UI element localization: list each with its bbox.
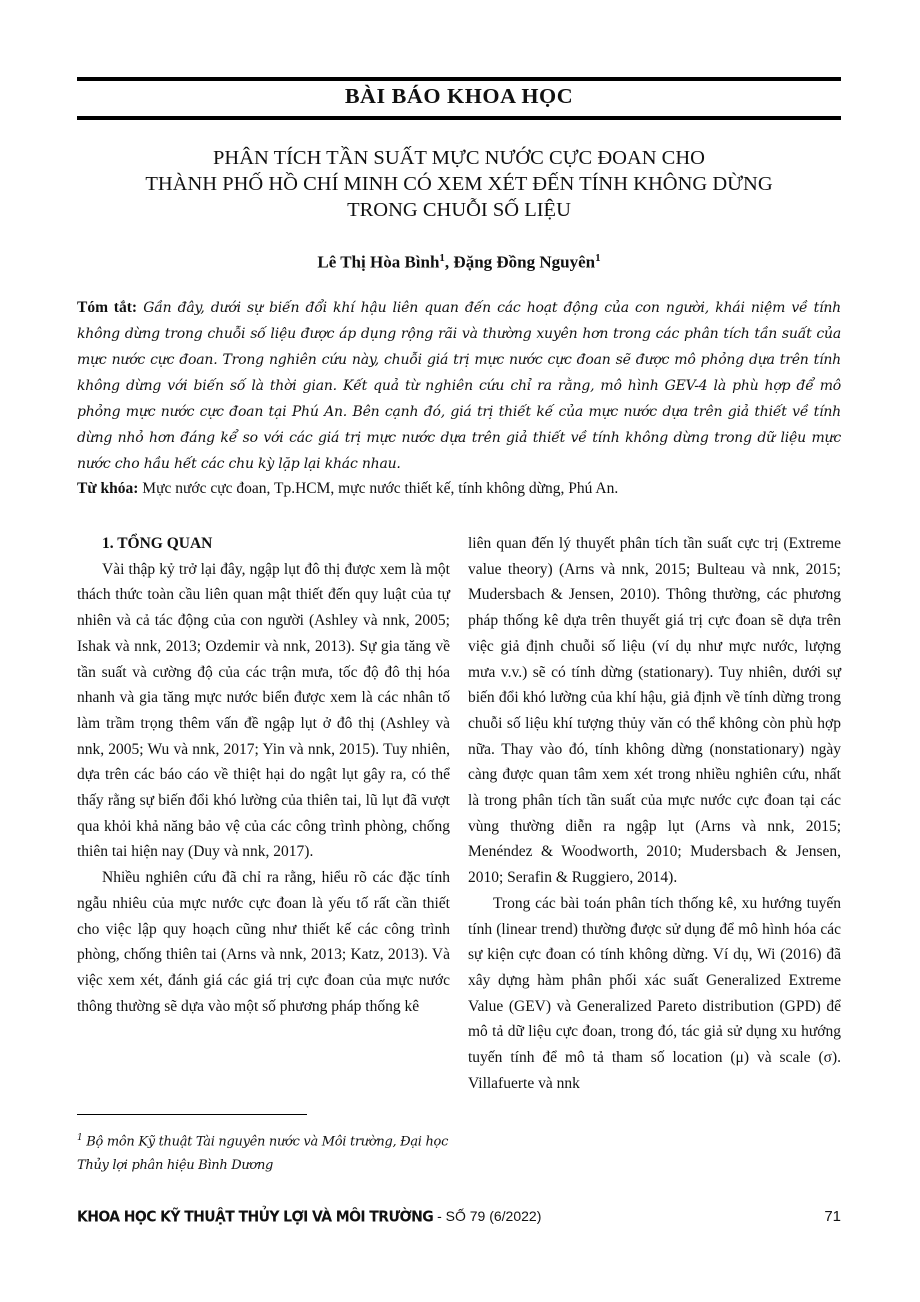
article-title: PHÂN TÍCH TẦN SUẤT MỰC NƯỚC CỰC ĐOAN CHO… bbox=[77, 145, 841, 223]
title-line: PHÂN TÍCH TẦN SUẤT MỰC NƯỚC CỰC ĐOAN CHO bbox=[77, 145, 841, 171]
section-heading: 1. TỔNG QUAN bbox=[77, 531, 450, 557]
header-rule-bottom bbox=[77, 116, 841, 120]
body-paragraph: liên quan đến lý thuyết phân tích tần su… bbox=[468, 531, 841, 891]
keywords: Từ khóa: Mực nước cực đoan, Tp.HCM, mực … bbox=[77, 480, 841, 498]
footnote-divider bbox=[77, 1114, 307, 1115]
author-affiliation-marker: 1 bbox=[595, 252, 601, 264]
body-paragraph: Trong các bài toán phân tích thống kê, x… bbox=[468, 891, 841, 1097]
page-footer: KHOA HỌC KỸ THUẬT THỦY LỢI VÀ MÔI TRƯỜNG… bbox=[77, 1208, 841, 1230]
body-column-right: liên quan đến lý thuyết phân tích tần su… bbox=[468, 531, 841, 1096]
body-paragraph: Nhiều nghiên cứu đã chỉ ra rằng, hiểu rõ… bbox=[77, 865, 450, 1019]
abstract: Tóm tắt: Gần đây, dưới sự biến đổi khí h… bbox=[77, 295, 841, 477]
title-line: THÀNH PHỐ HỒ CHÍ MINH CÓ XEM XÉT ĐẾN TÍN… bbox=[77, 171, 841, 197]
author-name: Lê Thị Hòa Bình bbox=[317, 253, 439, 272]
body-paragraph: Vài thập kỷ trở lại đây, ngập lụt đô thị… bbox=[77, 557, 450, 865]
title-line: TRONG CHUỖI SỐ LIỆU bbox=[77, 197, 841, 223]
header-rule-top bbox=[77, 77, 841, 81]
journal-name: KHOA HỌC KỸ THUẬT THỦY LỢI VÀ MÔI TRƯỜNG bbox=[77, 1208, 433, 1226]
author-list: Lê Thị Hòa Bình1, Đặng Đồng Nguyên1 bbox=[77, 252, 841, 273]
keywords-text: Mực nước cực đoan, Tp.HCM, mực nước thiế… bbox=[138, 480, 618, 497]
footnote: 1 Bộ môn Kỹ thuật Tài nguyên nước và Môi… bbox=[77, 1126, 457, 1178]
author-name: Đặng Đồng Nguyên bbox=[453, 253, 595, 272]
section-label: BÀI BÁO KHOA HỌC bbox=[58, 84, 860, 109]
journal-issue: - SỐ 79 (6/2022) bbox=[433, 1208, 541, 1224]
body-column-left: 1. TỔNG QUAN Vài thập kỷ trở lại đây, ng… bbox=[77, 531, 450, 1019]
abstract-text: Gần đây, dưới sự biến đổi khí hậu liên q… bbox=[77, 300, 841, 472]
footnote-text: Bộ môn Kỹ thuật Tài nguyên nước và Môi t… bbox=[77, 1134, 448, 1173]
abstract-label: Tóm tắt: bbox=[77, 299, 137, 316]
page-number: 71 bbox=[824, 1208, 841, 1225]
keywords-label: Từ khóa: bbox=[77, 480, 138, 497]
